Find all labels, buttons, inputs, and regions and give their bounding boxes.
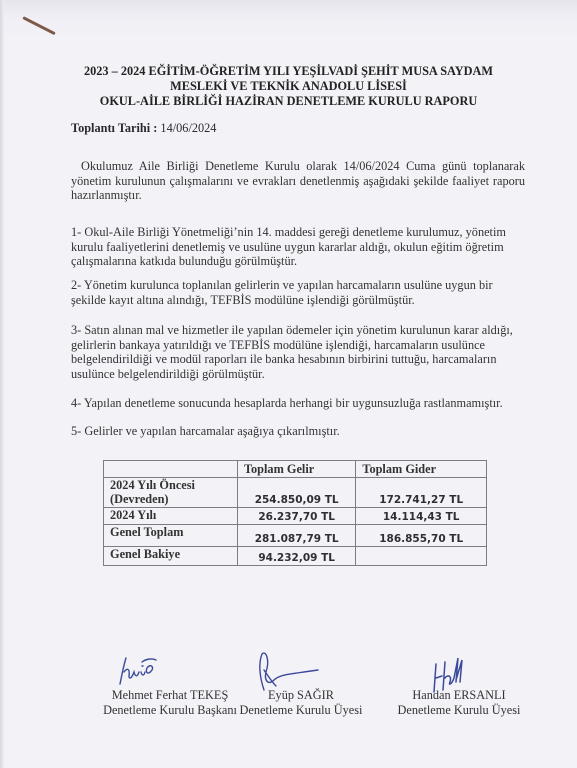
row-label: Genel Toplam: [104, 525, 238, 547]
meeting-date-label: Toplantı Tarihi :: [71, 121, 157, 135]
gider-value: 172.741,27 TL: [356, 478, 487, 508]
header-toplam-gider: Toplam Gider: [356, 461, 487, 478]
table-row: Genel Toplam 281.087,79 TL 186.855,70 TL: [104, 525, 487, 547]
item-2: 2- Yönetim kurulunca toplanılan gelirler…: [71, 278, 525, 307]
meeting-date: Toplantı Tarihi : 14/06/2024: [71, 121, 216, 136]
signature-scribble-1: [112, 654, 162, 688]
gelir-value: 94.232,09 TL: [237, 547, 355, 566]
signature-block-member-1: Eyüp SAĞIR Denetleme Kurulu Üyesi: [226, 688, 376, 717]
signer-name: Handan ERSANLI: [384, 688, 534, 703]
item-5: 5- Gelirler ve yapılan harcamalar aşağıy…: [71, 424, 525, 439]
gider-value: [356, 547, 487, 566]
gider-value: 14.114,43 TL: [356, 508, 487, 525]
row-label: Genel Bakiye: [104, 547, 238, 566]
header-empty: [104, 461, 238, 478]
signature-block-member-2: Handan ERSANLI Denetleme Kurulu Üyesi: [384, 688, 534, 717]
income-expense-table: Toplam Gelir Toplam Gider 2024 Yılı Önce…: [103, 460, 487, 566]
report-title-line-2: MESLEKİ VE TEKNİK ANADOLU LİSESİ: [0, 79, 577, 93]
intro-paragraph: Okulumuz Aile Birliği Denetleme Kurulu o…: [71, 159, 525, 203]
table-row: Genel Bakiye 94.232,09 TL: [104, 547, 487, 566]
meeting-date-value: 14/06/2024: [157, 121, 216, 135]
table-header-row: Toplam Gelir Toplam Gider: [104, 461, 487, 478]
table-row: 2024 Yılı Öncesi(Devreden) 254.850,09 TL…: [104, 478, 487, 508]
header-toplam-gelir: Toplam Gelir: [237, 461, 355, 478]
table-row: 2024 Yılı 26.237,70 TL 14.114,43 TL: [104, 508, 487, 525]
signer-role: Denetleme Kurulu Üyesi: [226, 703, 376, 718]
signer-role: Denetleme Kurulu Üyesi: [384, 703, 534, 718]
gider-value: 186.855,70 TL: [356, 525, 487, 547]
row-label: 2024 Yılı Öncesi(Devreden): [104, 478, 238, 508]
gelir-value: 281.087,79 TL: [237, 525, 355, 547]
report-title-line-3: OKUL-AİLE BİRLİĞİ HAZİRAN DENETLEME KURU…: [0, 94, 577, 108]
gelir-value: 254.850,09 TL: [237, 478, 355, 508]
row-label: 2024 Yılı: [104, 508, 238, 525]
page-edge-shadow: [0, 0, 4, 768]
signature-scribble-2: [252, 650, 322, 692]
item-1: 1- Okul-Aile Birliği Yönetmeliği’nin 14.…: [71, 225, 525, 269]
item-3: 3- Satın alınan mal ve hizmetler ile yap…: [71, 323, 525, 381]
gelir-value: 26.237,70 TL: [237, 508, 355, 525]
item-4: 4- Yapılan denetleme sonucunda hesaplard…: [71, 396, 525, 411]
report-title-line-1: 2023 – 2024 EĞİTİM-ÖĞRETİM YILI YEŞİLVAD…: [0, 64, 577, 78]
signer-name: Eyüp SAĞIR: [226, 688, 376, 703]
